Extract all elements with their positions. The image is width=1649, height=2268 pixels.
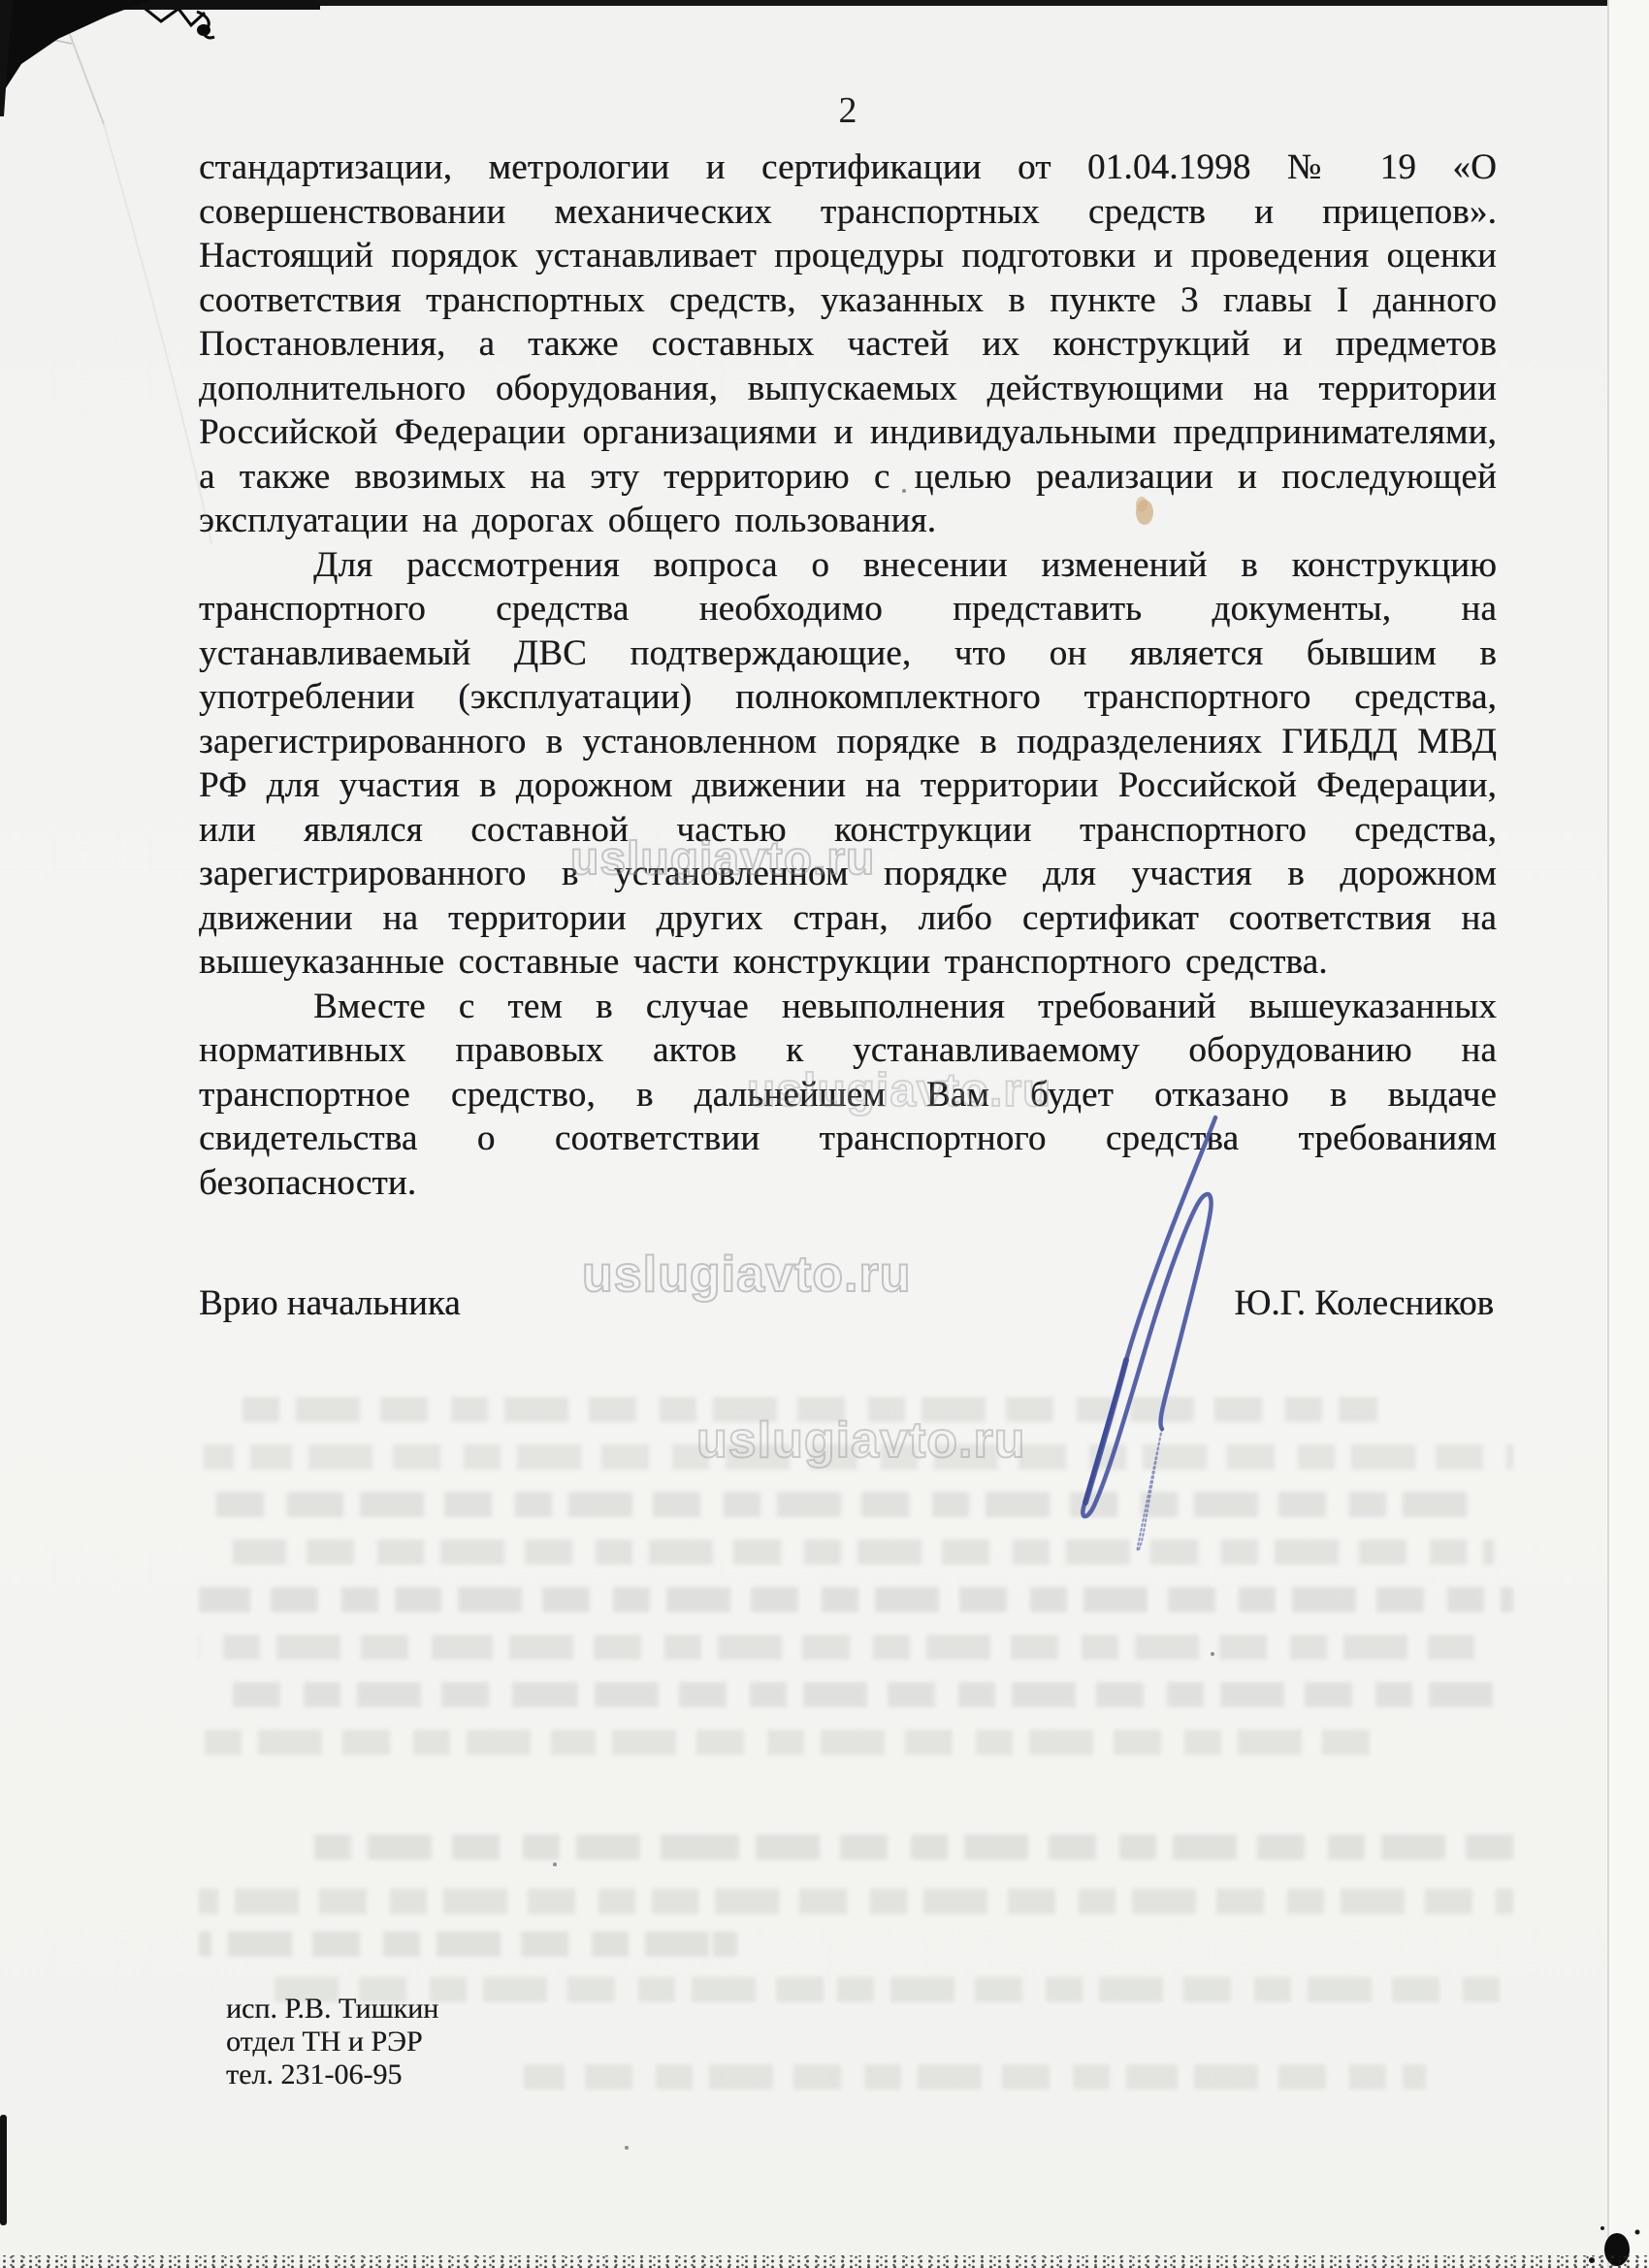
scanner-edge-left-bottom (0, 2115, 7, 2225)
handwritten-signature (1083, 1118, 1215, 1551)
dust-specks (553, 211, 1365, 2151)
scan-artifacts-layer (0, 0, 1649, 2268)
pen-scribble (142, 6, 214, 38)
scanner-edge-bottom-speckles (0, 2255, 1649, 2268)
scanned-document-page: 2 стандартизации, метрологии и сертифика… (0, 0, 1649, 2268)
paper-crease (27, 4, 211, 543)
stain (1136, 497, 1153, 525)
